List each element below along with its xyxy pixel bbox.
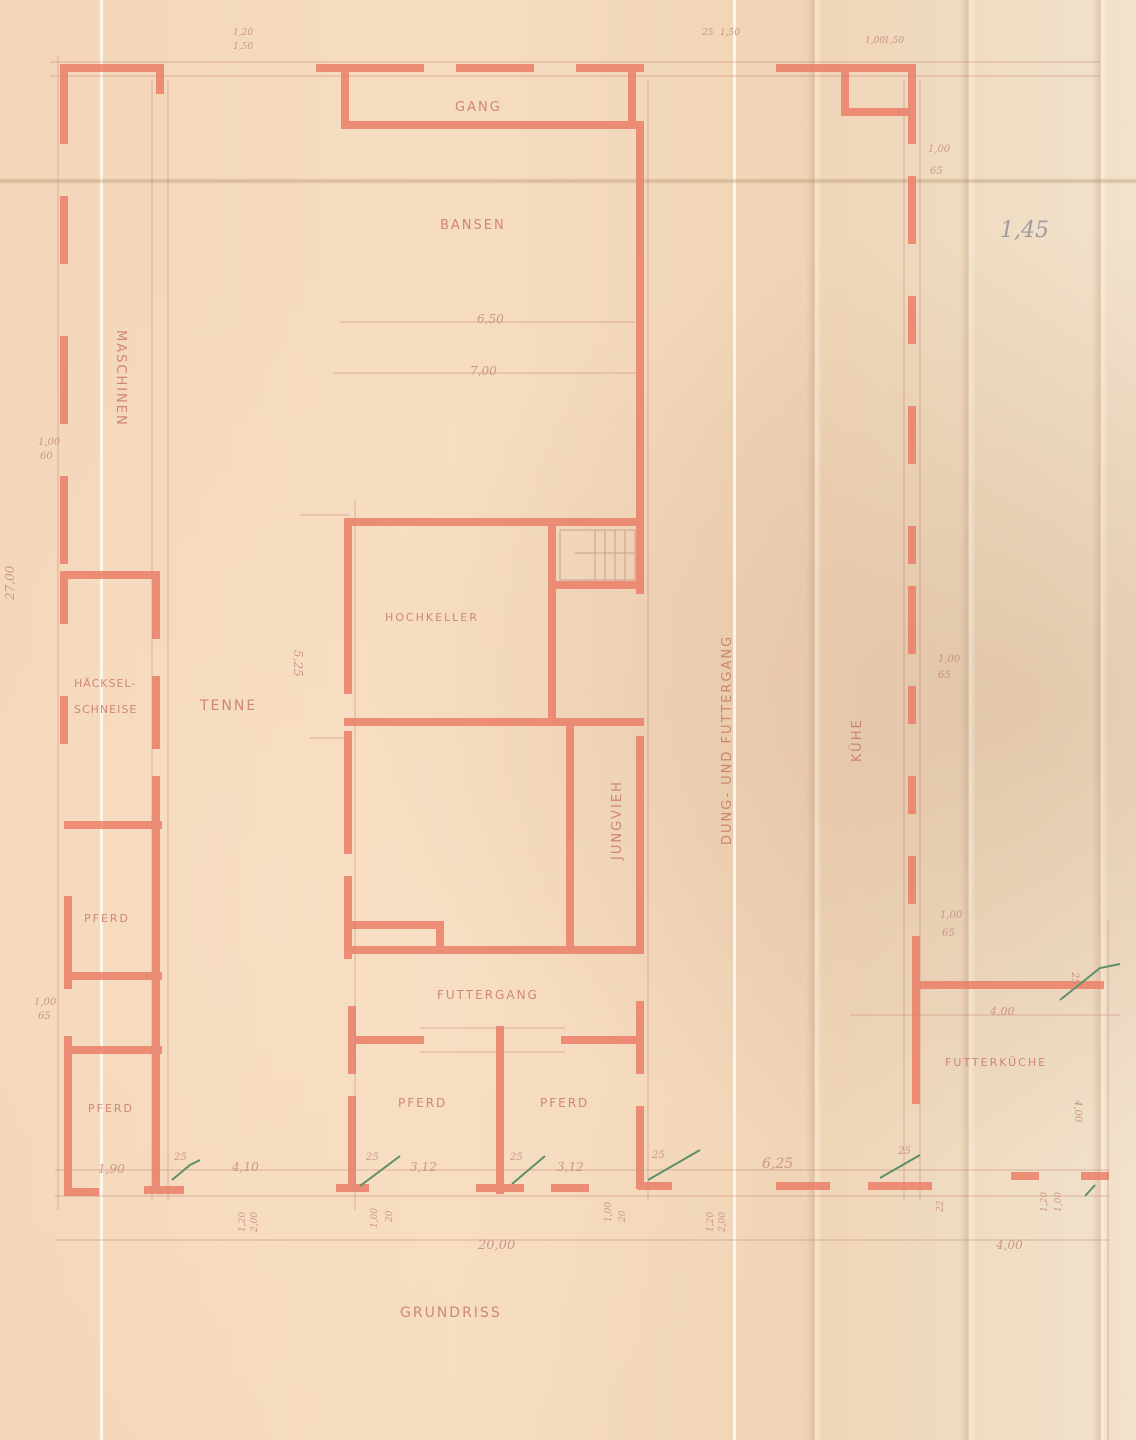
staircase — [560, 530, 635, 580]
dimension-door-sub: 20 — [385, 1211, 395, 1222]
dimension-bansen-inner: 6,50 — [477, 312, 504, 326]
dimension-top: 1,20 — [233, 28, 253, 38]
dimension-right-window: 1,00 — [928, 144, 950, 155]
dimension-left-total: 27,00 — [3, 566, 17, 600]
dimension-top: 25 — [702, 28, 713, 38]
dimension-right-window: 1,00 — [938, 654, 960, 665]
dimension-bottom-segment: 6,25 — [762, 1156, 793, 1172]
dimension-left-window: 1,00 — [38, 437, 60, 448]
dimension-door-sub: 1,00 — [1054, 1192, 1064, 1212]
room-label-futterkueche: FUTTERKÜCHE — [945, 1056, 1047, 1069]
dimension-left-window: 1,00 — [34, 997, 56, 1008]
room-label-jungvieh: JUNGVIEH — [610, 780, 625, 860]
dimension-right-window-sub: 65 — [942, 928, 955, 939]
room-label-futtergang: FUTTERGANG — [437, 988, 539, 1002]
room-label-pferd: PFERD — [398, 1096, 447, 1110]
dimension-door: 1,20 — [706, 1212, 716, 1232]
dimension-bottom-right: 4,00 — [996, 1238, 1023, 1252]
dimension-futterkueche-width: 4,00 — [990, 1005, 1015, 1018]
drawing-title: GRUNDRISS — [400, 1305, 502, 1321]
dimension-door-sub: 2,00 — [250, 1212, 260, 1232]
room-label-maschinen: MASCHINEN — [113, 330, 128, 427]
dimension-door: 1,20 — [1040, 1192, 1050, 1212]
room-label-haecksel-1: HÄCKSEL- — [74, 677, 136, 690]
construction-lines — [50, 55, 1120, 1440]
room-label-gang: GANG — [455, 100, 502, 115]
room-label-dung-futtergang: DUNG- UND FUTTERGANG — [720, 635, 735, 845]
room-label-pferd: PFERD — [88, 1102, 134, 1115]
dimension-wall-thickness: 25 — [510, 1152, 523, 1163]
dimension-door: 1,20 — [238, 1212, 248, 1232]
dimension-door-sub: 20 — [618, 1211, 628, 1222]
room-label-kuehe: KÜHE — [850, 718, 865, 762]
room-label-bansen: BANSEN — [440, 218, 506, 233]
dimension-wall-thickness: 25 — [366, 1152, 379, 1163]
dimension-left-window-sub: 65 — [38, 1011, 51, 1022]
walls — [64, 68, 1105, 1192]
dimension-bottom-segment: 3,12 — [557, 1160, 584, 1174]
dimension-top-sub: 1,50 — [884, 36, 904, 46]
dimension-right-window-sub: 65 — [930, 166, 943, 177]
dimension-bansen-outer: 7,00 — [470, 364, 497, 378]
dimension-left-window-sub: 60 — [40, 451, 53, 462]
dimension-wall-thickness: 25 — [898, 1146, 911, 1157]
room-label-hochkeller: HOCHKELLER — [385, 611, 479, 624]
dimension-top-sub: 1,50 — [233, 42, 253, 52]
dimension-top: 1,00 — [865, 36, 885, 46]
dimension-door: 1,00 — [370, 1208, 380, 1228]
dimension-bottom-segment: 4,10 — [232, 1160, 259, 1174]
dimension-door-sub: 2,00 — [718, 1212, 728, 1232]
dimension-bottom-total: 20,00 — [478, 1238, 515, 1253]
dimension-right-window-sub: 65 — [938, 670, 951, 681]
floor-plan-drawing — [0, 0, 1136, 1440]
dimension-bottom-segment: 1,90 — [98, 1162, 125, 1176]
dimension-wall-thickness: 25 — [652, 1150, 665, 1161]
dimension-wall-thickness: 25 — [174, 1152, 187, 1163]
dimension-futterkueche-corner: 25 — [1069, 972, 1080, 985]
room-label-pferd: PFERD — [540, 1096, 589, 1110]
floor-plan-sheet: GANG BANSEN MASCHINEN HÄCKSEL- SCHNEISE … — [0, 0, 1136, 1440]
dimension-top-sub: 1,50 — [720, 28, 740, 38]
dimension-bottom-segment: 3,12 — [410, 1160, 437, 1174]
check-marks — [172, 964, 1120, 1196]
dimension-door: 22 — [936, 1201, 946, 1212]
room-label-pferd: PFERD — [84, 912, 130, 925]
dimension-hochkeller-height: 5,25 — [291, 650, 305, 677]
dimension-right-window: 1,00 — [940, 910, 962, 921]
pencil-note: 1,45 — [1000, 218, 1049, 243]
room-label-tenne: TENNE — [200, 698, 257, 714]
room-label-haecksel-2: SCHNEISE — [74, 703, 137, 716]
dimension-futterkueche-side: 4,00 — [1072, 1100, 1083, 1122]
dimension-door: 1,00 — [604, 1202, 614, 1222]
